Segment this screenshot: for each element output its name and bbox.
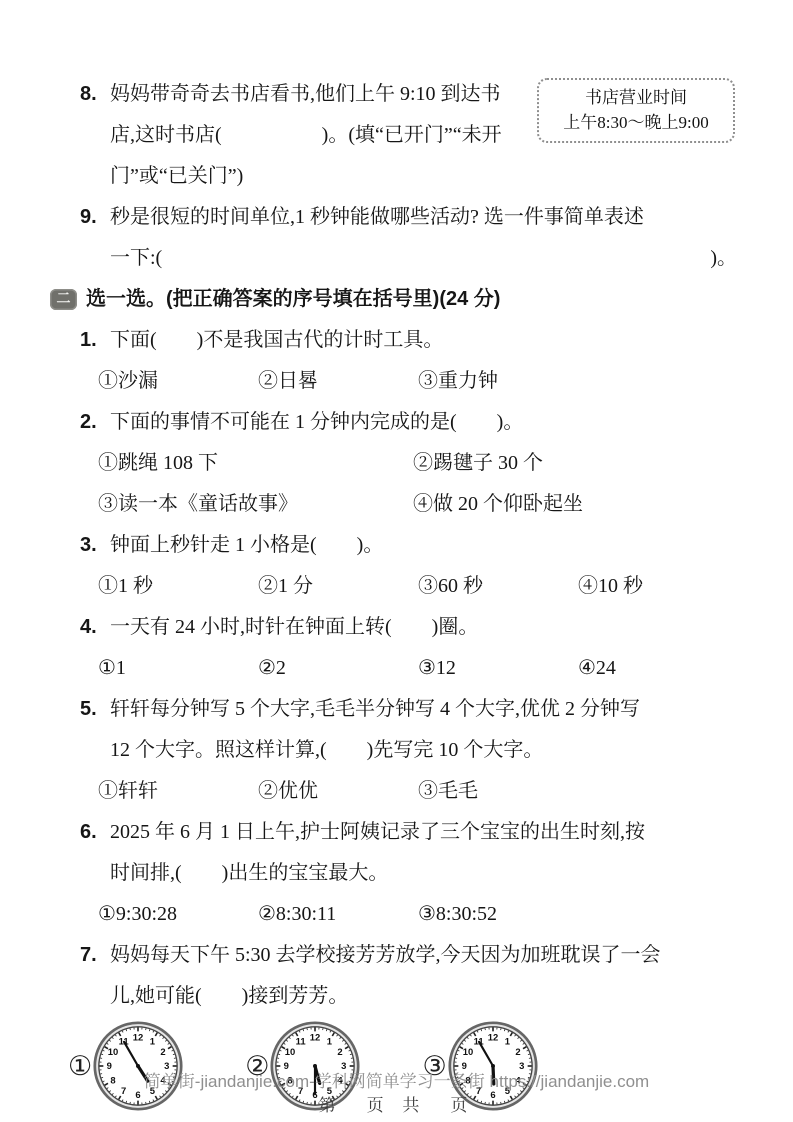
option-2: ②优优 bbox=[258, 771, 418, 812]
option-4: ④做 20 个仰卧起坐 bbox=[413, 484, 583, 525]
option-2: ②踢毽子 30 个 bbox=[413, 443, 543, 484]
question-number: 9. bbox=[80, 197, 110, 238]
question-text: 妈妈带奇奇去书店看书,他们上午 9:10 到达书 bbox=[110, 74, 570, 115]
svg-text:2: 2 bbox=[161, 1047, 166, 1058]
question-mc-1: 1. 下面( )不是我国古代的计时工具。 ①沙漏 ②日晷 ③重力钟 bbox=[80, 320, 737, 402]
svg-text:12: 12 bbox=[133, 1032, 144, 1043]
bookstore-hours-title: 书店营业时间 bbox=[543, 85, 729, 110]
svg-text:10: 10 bbox=[462, 1047, 473, 1058]
option-1: ①跳绳 108 下 bbox=[98, 443, 413, 484]
svg-text:12: 12 bbox=[310, 1032, 321, 1043]
question-text: 店,这时书店( )。(填“已开门”“未开 bbox=[110, 115, 570, 156]
question-text: 时间排,( )出生的宝宝最大。 bbox=[110, 853, 737, 894]
question-text: 儿,她可能( )接到芳芳。 bbox=[110, 976, 737, 1017]
svg-text:11: 11 bbox=[296, 1036, 306, 1047]
question-mc-6: 6. 2025 年 6 月 1 日上午,护士阿姨记录了三个宝宝的出生时刻,按 时… bbox=[80, 812, 737, 935]
option-3: ③读一本《童话故事》 bbox=[98, 484, 413, 525]
option-1: ①1 bbox=[98, 648, 258, 689]
footer-page-number: 第 页 共 页 bbox=[0, 1091, 793, 1116]
svg-text:2: 2 bbox=[515, 1047, 520, 1058]
question-mc-7: 7. 妈妈每天下午 5:30 去学校接芳芳放学,今天因为加班耽误了一会 儿,她可… bbox=[80, 935, 737, 1017]
question-number: 4. bbox=[80, 607, 110, 648]
option-2: ②2 bbox=[258, 648, 418, 689]
option-3: ③毛毛 bbox=[418, 771, 478, 812]
question-number: 6. bbox=[80, 812, 110, 853]
section-2-header: 二 选一选。(把正确答案的序号填在括号里)(24 分) bbox=[50, 279, 737, 320]
question-text: 妈妈每天下午 5:30 去学校接芳芳放学,今天因为加班耽误了一会 bbox=[110, 935, 737, 976]
svg-text:1: 1 bbox=[150, 1036, 155, 1047]
svg-text:1: 1 bbox=[504, 1036, 509, 1047]
option-4: ④24 bbox=[578, 648, 616, 689]
svg-text:12: 12 bbox=[487, 1032, 498, 1043]
question-text: 门”或“已关门”) bbox=[110, 156, 570, 197]
question-8-block: 8. 妈妈带奇奇去书店看书,他们上午 9:10 到达书 店,这时书店( )。(填… bbox=[50, 74, 737, 197]
option-3: ③重力钟 bbox=[418, 361, 498, 402]
svg-text:1: 1 bbox=[327, 1036, 332, 1047]
question-text: 12 个大字。照这样计算,( )先写完 10 个大字。 bbox=[110, 730, 737, 771]
question-text: 下面的事情不可能在 1 分钟内完成的是( )。 bbox=[110, 402, 737, 443]
question-text: 下面( )不是我国古代的计时工具。 bbox=[110, 320, 737, 361]
question-number: 5. bbox=[80, 689, 110, 730]
question-text: 钟面上秒针走 1 小格是( )。 bbox=[110, 525, 737, 566]
question-number: 3. bbox=[80, 525, 110, 566]
question-number: 2. bbox=[80, 402, 110, 443]
section-number-badge: 二 bbox=[50, 289, 77, 310]
question-text: 2025 年 6 月 1 日上午,护士阿姨记录了三个宝宝的出生时刻,按 bbox=[110, 812, 737, 853]
svg-text:10: 10 bbox=[108, 1047, 119, 1058]
question-text: 秒是很短的时间单位,1 秒钟能做哪些活动? 选一件事简单表述 bbox=[110, 197, 737, 238]
option-2: ②1 分 bbox=[258, 566, 418, 607]
option-3: ③12 bbox=[418, 648, 578, 689]
question-number: 7. bbox=[80, 935, 110, 976]
option-1: ①沙漏 bbox=[98, 361, 258, 402]
question-mc-5: 5. 轩轩每分钟写 5 个大字,毛毛半分钟写 4 个大字,优优 2 分钟写 12… bbox=[80, 689, 737, 812]
svg-text:10: 10 bbox=[285, 1047, 296, 1058]
answer-blank-open: 一下:( bbox=[110, 238, 162, 279]
question-9: 9. 秒是很短的时间单位,1 秒钟能做哪些活动? 选一件事简单表述 一下:( )… bbox=[80, 197, 737, 279]
option-3: ③8:30:52 bbox=[418, 894, 497, 935]
question-mc-2: 2. 下面的事情不可能在 1 分钟内完成的是( )。 ①跳绳 108 下 ②踢毽… bbox=[80, 402, 737, 525]
answer-blank-close: )。 bbox=[710, 238, 737, 279]
question-number: 8. bbox=[80, 74, 110, 115]
worksheet-page: 8. 妈妈带奇奇去书店看书,他们上午 9:10 到达书 店,这时书店( )。(填… bbox=[0, 0, 793, 1122]
option-2: ②8:30:11 bbox=[258, 894, 418, 935]
option-4: ④10 秒 bbox=[578, 566, 643, 607]
question-mc-3: 3. 钟面上秒针走 1 小格是( )。 ①1 秒 ②1 分 ③60 秒 ④10 … bbox=[80, 525, 737, 607]
section-title: 选一选。(把正确答案的序号填在括号里)(24 分) bbox=[86, 279, 500, 320]
option-1: ①9:30:28 bbox=[98, 894, 258, 935]
bookstore-hours-value: 上午8:30～晚上9:00 bbox=[543, 110, 729, 135]
question-mc-4: 4. 一天有 24 小时,时针在钟面上转( )圈。 ①1 ②2 ③12 ④24 bbox=[80, 607, 737, 689]
bookstore-hours-box: 书店营业时间 上午8:30～晚上9:00 bbox=[537, 78, 735, 143]
question-text: 一天有 24 小时,时针在钟面上转( )圈。 bbox=[110, 607, 737, 648]
svg-text:2: 2 bbox=[338, 1047, 343, 1058]
question-text: 轩轩每分钟写 5 个大字,毛毛半分钟写 4 个大字,优优 2 分钟写 bbox=[110, 689, 737, 730]
question-number: 1. bbox=[80, 320, 110, 361]
option-1: ①1 秒 bbox=[98, 566, 258, 607]
option-2: ②日晷 bbox=[258, 361, 418, 402]
footer-credit: 简单街-jiandanjie.com-学科网简单学习一条街 https://ji… bbox=[0, 1067, 793, 1092]
option-1: ①轩轩 bbox=[98, 771, 258, 812]
option-3: ③60 秒 bbox=[418, 566, 578, 607]
